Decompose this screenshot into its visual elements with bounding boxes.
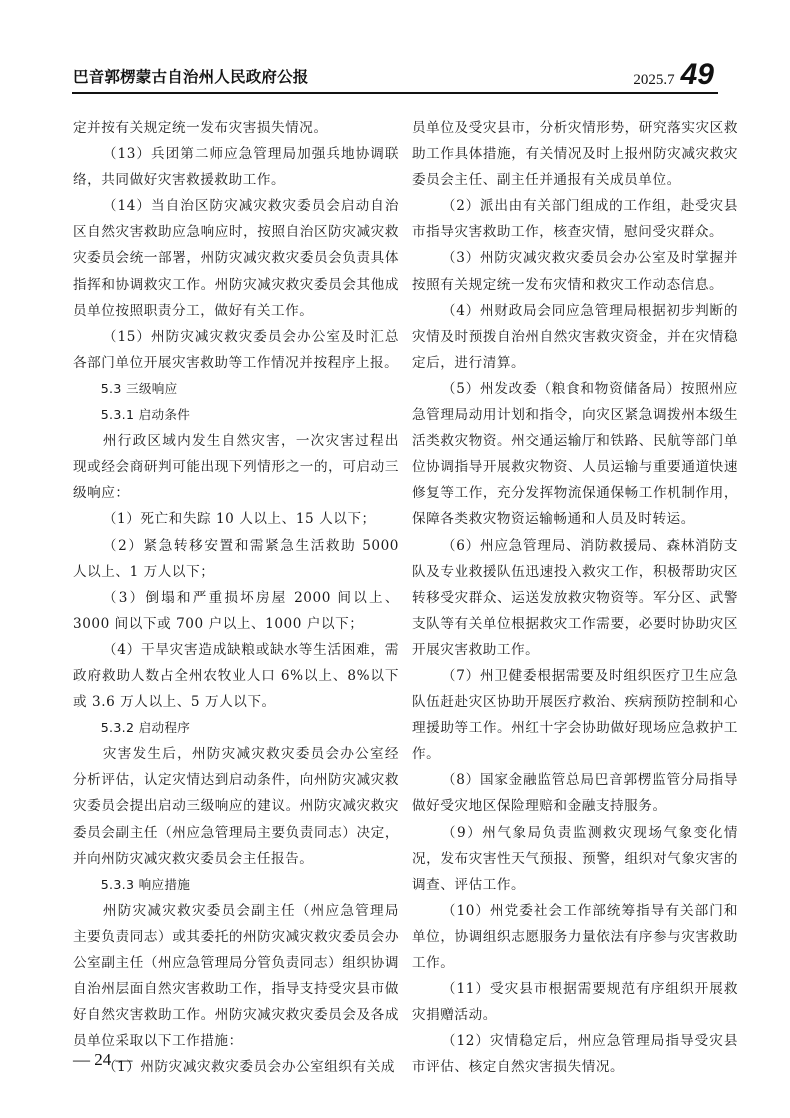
issue-number: 49 [681,60,714,90]
continued-paragraph: 定并按有关规定统一发布灾害损失情况。 [73,115,399,141]
issue-info: 2025.7 49 [633,60,714,90]
paragraph: （13）兵团第二师应急管理局加强兵地协调联络，共同做好灾害救援救助工作。 [73,141,399,193]
paragraph: （4）州财政局会同应急管理局根据初步判断的灾情及时预拨自治州自然灾害救灾资金，并… [412,298,738,376]
section-heading: 5.3.2 启动程序 [73,715,399,741]
paragraph: （6）州应急管理局、消防救援局、森林消防支队及专业救援队伍迅速投入救灾工作，积极… [412,533,738,663]
paragraph: 州行政区域内发生自然灾害，一次灾害过程出现或经会商研判可能出现下列情形之一的，可… [73,428,399,506]
page-number: — 24 — [73,1050,133,1070]
paragraph: （10）州党委社会工作部统筹指导有关部门和单位，协调组织志愿服务力量依法有序参与… [412,898,738,976]
paragraph: 灾害发生后，州防灾减灾救灾委员会办公室经分析评估，认定灾情达到启动条件，向州防灾… [73,741,399,871]
paragraph: （1）死亡和失踪 10 人以上、15 人以下； [73,506,399,532]
section-heading: 5.3.1 启动条件 [73,402,399,428]
paragraph: （14）当自治区防灾减灾救灾委员会启动自治区自然灾害救助应急响应时，按照自治区防… [73,193,399,323]
right-column: 员单位及受灾县市，分析灾情形势，研究落实灾区救助工作具体措施，有关情况及时上报州… [412,115,738,1080]
section-heading: 5.3 三级响应 [73,376,399,402]
page-header: 巴音郭楞蒙古自治州人民政府公报 2025.7 49 [72,58,718,94]
paragraph: （2）派出由有关部门组成的工作组，赴受灾县市指导灾害救助工作，核查灾情，慰问受灾… [412,193,738,245]
paragraph: （3）倒塌和严重损坏房屋 2000 间以上、3000 间以下或 700 户以上、… [73,585,399,637]
paragraph: （15）州防灾减灾救灾委员会办公室及时汇总各部门单位开展灾害救助等工作情况并按程… [73,324,399,376]
continued-paragraph: 员单位及受灾县市，分析灾情形势，研究落实灾区救助工作具体措施，有关情况及时上报州… [412,115,738,193]
paragraph: （4）干旱灾害造成缺粮或缺水等生活困难，需政府救助人数占全州农牧业人口 6%以上… [73,637,399,715]
paragraph: 州防灾减灾救灾委员会副主任（州应急管理局主要负责同志）或其委托的州防灾减灾救灾委… [73,898,399,1055]
paragraph: （2）紧急转移安置和需紧急生活救助 5000 人以上、1 万人以下； [73,533,399,585]
paragraph: （7）州卫健委根据需要及时组织医疗卫生应急队伍赶赴灾区协助开展医疗救治、疾病预防… [412,663,738,767]
paragraph: （12）灾情稳定后，州应急管理局指导受灾县市评估、核定自然灾害损失情况。 [412,1028,738,1080]
left-column: 定并按有关规定统一发布灾害损失情况。（13）兵团第二师应急管理局加强兵地协调联络… [73,115,399,1080]
paragraph: （11）受灾县市根据需要规范有序组织开展救灾捐赠活动。 [412,976,738,1028]
paragraph: （9）州气象局负责监测救灾现场气象变化情况，发布灾害性天气预报、预警，组织对气象… [412,820,738,898]
paragraph: （5）州发改委（粮食和物资储备局）按照州应急管理局动用计划和指令，向灾区紧急调拨… [412,376,738,533]
publication-title: 巴音郭楞蒙古自治州人民政府公报 [73,65,309,87]
paragraph: （8）国家金融监管总局巴音郭楞监管分局指导做好受灾地区保险理赔和金融支持服务。 [412,767,738,819]
paragraph: （3）州防灾减灾救灾委员会办公室及时掌握并按照有关规定统一发布灾情和救灾工作动态… [412,245,738,297]
section-heading: 5.3.3 响应措施 [73,872,399,898]
issue-date: 2025.7 [633,72,674,89]
